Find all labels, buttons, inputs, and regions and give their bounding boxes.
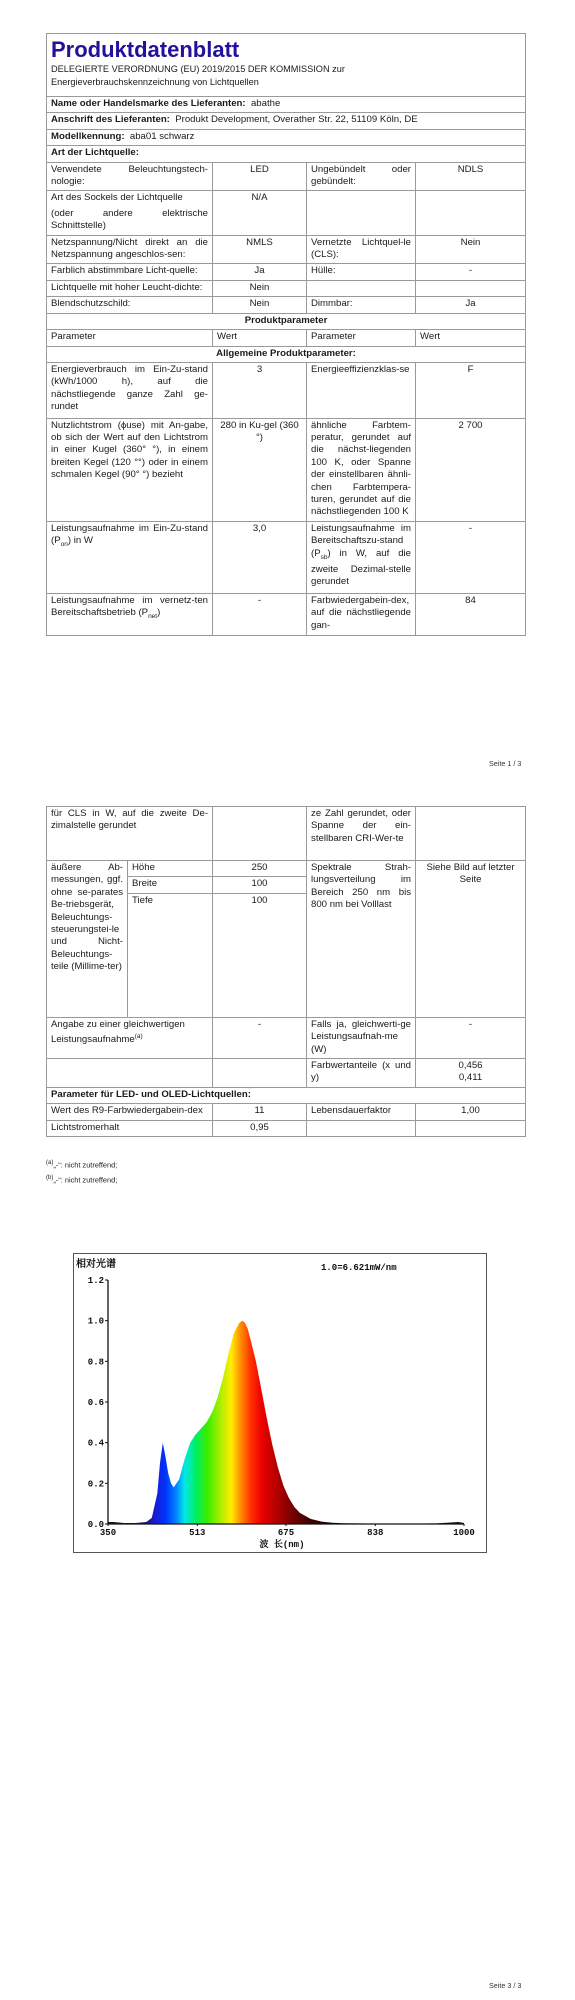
- chromaticity-label: Farbwertanteile (x und y): [307, 1059, 416, 1088]
- param-value: [213, 1059, 307, 1088]
- socket-label-line-2: (oder andere elektrische Schnittstelle): [51, 208, 208, 233]
- param-label: Netzspannung/Nicht direkt an die Netzspa…: [47, 235, 213, 264]
- table-row: Leistungsaufnahme im vernetz-ten Bereits…: [47, 593, 526, 635]
- param-label: Lebensdauerfaktor: [307, 1104, 416, 1120]
- dimension-name: Höhe: [128, 861, 213, 877]
- param-value: 3: [213, 362, 307, 418]
- param-value: NMLS: [213, 235, 307, 264]
- param-value: Ja: [213, 264, 307, 280]
- chart-title: 相对光谱: [76, 1257, 116, 1270]
- param-value-continued: [213, 807, 307, 861]
- param-value: 3,0: [213, 521, 307, 593]
- table-row-continued: für CLS in W, auf die zweite De-zimalste…: [47, 807, 526, 861]
- regulation-line-2: Energieverbrauchskennzeichnung von Licht…: [51, 77, 259, 87]
- dimension-value: 250: [213, 861, 307, 877]
- product-parameters-heading-row: Produktparameter: [47, 313, 526, 329]
- param-label: Energieverbrauch im Ein-Zu-stand (kWh/10…: [47, 362, 213, 418]
- spectral-distribution-label: Spektrale Strah-lungsverteilung im Berei…: [307, 861, 416, 1018]
- table-row: Farbwertanteile (x und y) 0,4560,411: [47, 1059, 526, 1088]
- dimension-value: 100: [213, 893, 307, 1017]
- param-label: Leistungsaufnahme im Ein-Zu-stand (Pon) …: [47, 521, 213, 593]
- param-label: Leistungsaufnahme im vernetz-ten Bereits…: [47, 593, 213, 635]
- param-label: Farblich abstimmbare Licht-quelle:: [47, 264, 213, 280]
- table-row: Verwendete Beleuchtungstech-nologie: LED…: [47, 162, 526, 191]
- param-value: -: [416, 1017, 526, 1058]
- page-number-3: Seite 3 / 3: [489, 1981, 521, 1990]
- param-value: Ja: [416, 297, 526, 313]
- table-row: Nutzlichtstrom (ϕuse) mit An-gabe, ob si…: [47, 418, 526, 521]
- page-title: Produktdatenblatt: [51, 35, 521, 63]
- param-label: [307, 191, 416, 235]
- param-value: LED: [213, 162, 307, 191]
- param-value: -: [416, 521, 526, 593]
- table-row: Angabe zu einer gleichwertigen Leistungs…: [47, 1017, 526, 1058]
- y-tick-label: 1.0: [88, 1317, 104, 1327]
- model-value: aba01 schwarz: [130, 131, 195, 142]
- supplier-address-value: Produkt Development, Overather Str. 22, …: [175, 114, 417, 125]
- y-tick-label: 0.6: [88, 1398, 104, 1408]
- footnote-b: (b)„-“: nicht zutreffend;: [46, 1175, 117, 1184]
- param-label: Ungebündelt oder gebündelt:: [307, 162, 416, 191]
- y-tick-label: 0.4: [88, 1439, 105, 1449]
- supplier-address-row: Anschrift des Lieferanten: Produkt Devel…: [47, 113, 526, 129]
- param-label-continued: ze Zahl gerundet, oder Spanne der ein-st…: [307, 807, 416, 861]
- table-row: Art des Sockels der Lichtquelle (oder an…: [47, 191, 526, 235]
- param-value-continued: [416, 807, 526, 861]
- product-datasheet-table-page-1: Produktdatenblatt DELEGIERTE VERORDNUNG …: [46, 33, 526, 636]
- spectrum-plot: 相对光谱 1.0=6.621mW/nm 波 长(nm) 0.00.20.40.6…: [74, 1254, 486, 1552]
- param-value: 1,00: [416, 1104, 526, 1120]
- general-parameters-heading-row: Allgemeine Produktparameter:: [47, 346, 526, 362]
- param-label: Wert des R9-Farbwiedergabein-dex: [47, 1104, 213, 1120]
- supplier-name-label: Name oder Handelsmarke des Lieferanten:: [51, 98, 246, 109]
- column-header: Wert: [416, 330, 526, 346]
- product-datasheet-table-page-2: für CLS in W, auf die zweite De-zimalste…: [46, 806, 526, 1137]
- param-label: [47, 1059, 213, 1088]
- led-heading-row: Parameter für LED- und OLED-Lichtquellen…: [47, 1087, 526, 1103]
- led-parameters-heading: Parameter für LED- und OLED-Lichtquellen…: [47, 1087, 526, 1103]
- param-label: [307, 1120, 416, 1136]
- table-row: Farblich abstimmbare Licht-quelle: Ja Hü…: [47, 264, 526, 280]
- param-value: 2 700: [416, 418, 526, 521]
- dimension-name: Tiefe: [128, 893, 213, 1017]
- param-value: 84: [416, 593, 526, 635]
- column-header: Parameter: [47, 330, 213, 346]
- header-cell: Produktdatenblatt DELEGIERTE VERORDNUNG …: [47, 34, 526, 97]
- page-number-1: Seite 1 / 3: [489, 759, 521, 768]
- param-value: N/A: [213, 191, 307, 235]
- param-label: Nutzlichtstrom (ϕuse) mit An-gabe, ob si…: [47, 418, 213, 521]
- param-value: -: [213, 593, 307, 635]
- param-value: 0,95: [213, 1120, 307, 1136]
- param-label: [307, 280, 416, 296]
- light-source-type-heading-row: Art der Lichtquelle:: [47, 146, 526, 162]
- page-2: für CLS in W, auf die zweite De-zimalste…: [46, 806, 525, 1137]
- param-value: -: [213, 1017, 307, 1058]
- dimensions-row: äußere Ab-messungen, ggf. ohne se-parate…: [47, 861, 526, 877]
- table-row: Energieverbrauch im Ein-Zu-stand (kWh/10…: [47, 362, 526, 418]
- page-1: Produktdatenblatt DELEGIERTE VERORDNUNG …: [46, 33, 525, 636]
- param-value: Nein: [416, 235, 526, 264]
- param-label: Art des Sockels der Lichtquelle (oder an…: [47, 191, 213, 235]
- table-row: Netzspannung/Nicht direkt an die Netzspa…: [47, 235, 526, 264]
- dimension-value: 100: [213, 877, 307, 893]
- param-value: [416, 280, 526, 296]
- param-label: Falls ja, gleichwerti-ge Leistungsaufnah…: [307, 1017, 416, 1058]
- x-tick-label: 350: [100, 1528, 116, 1538]
- param-label: ähnliche Farbtem-peratur, gerundet auf d…: [307, 418, 416, 521]
- param-value: 11: [213, 1104, 307, 1120]
- spectrum-area: [108, 1321, 464, 1524]
- column-header: Wert: [213, 330, 307, 346]
- y-tick-label: 1.2: [88, 1276, 104, 1286]
- chromaticity-x: 0,456: [459, 1060, 483, 1071]
- dimensions-label: äußere Ab-messungen, ggf. ohne se-parate…: [47, 861, 128, 1018]
- param-label: Lichtstromerhalt: [47, 1120, 213, 1136]
- x-tick-label: 513: [189, 1528, 205, 1538]
- x-tick-label: 1000: [453, 1528, 475, 1538]
- param-label: Blendschutzschild:: [47, 297, 213, 313]
- chromaticity-value: 0,4560,411: [416, 1059, 526, 1088]
- table-row: Wert des R9-Farbwiedergabein-dex 11 Lebe…: [47, 1104, 526, 1120]
- table-row: Lichtquelle mit hoher Leucht-dichte: Nei…: [47, 280, 526, 296]
- table-row: Leistungsaufnahme im Ein-Zu-stand (Pon) …: [47, 521, 526, 593]
- supplier-name-row: Name oder Handelsmarke des Lieferanten: …: [47, 97, 526, 113]
- param-label: Lichtquelle mit hoher Leucht-dichte:: [47, 280, 213, 296]
- x-tick-label: 675: [278, 1528, 294, 1538]
- param-value: Nein: [213, 297, 307, 313]
- y-tick-label: 0.2: [88, 1479, 104, 1489]
- chart-annotation: 1.0=6.621mW/nm: [321, 1263, 397, 1273]
- table-row: Lichtstromerhalt 0,95: [47, 1120, 526, 1136]
- product-parameters-heading: Produktparameter: [47, 313, 526, 329]
- spectral-distribution-value: Siehe Bild auf letzter Seite: [416, 861, 526, 1018]
- column-header: Parameter: [307, 330, 416, 346]
- param-value: F: [416, 362, 526, 418]
- general-parameters-heading: Allgemeine Produktparameter:: [47, 346, 526, 362]
- light-source-type-heading: Art der Lichtquelle:: [47, 146, 526, 162]
- param-value: NDLS: [416, 162, 526, 191]
- param-label: Hülle:: [307, 264, 416, 280]
- spectrum-chart: 相对光谱 1.0=6.621mW/nm 波 长(nm) 0.00.20.40.6…: [73, 1253, 487, 1553]
- param-label: Dimmbar:: [307, 297, 416, 313]
- param-label: Angabe zu einer gleichwertigen Leistungs…: [47, 1017, 213, 1058]
- footnote-a: (a)„-“: nicht zutreffend;: [46, 1160, 117, 1169]
- param-label: Farbwiedergabein-dex, auf die nächstlieg…: [307, 593, 416, 635]
- supplier-address-label: Anschrift des Lieferanten:: [51, 114, 170, 125]
- param-label: Leistungsaufnahme im Bereitschaftszu-sta…: [307, 521, 416, 593]
- model-label: Modellkennung:: [51, 131, 125, 142]
- param-value: -: [416, 264, 526, 280]
- param-label: Vernetzte Lichtquel-le (CLS):: [307, 235, 416, 264]
- x-tick-label: 838: [367, 1528, 383, 1538]
- dimension-name: Breite: [128, 877, 213, 893]
- model-row: Modellkennung: aba01 schwarz: [47, 129, 526, 145]
- param-label-continued: für CLS in W, auf die zweite De-zimalste…: [47, 807, 213, 861]
- chromaticity-y: 0,411: [459, 1072, 482, 1083]
- table-row: Blendschutzschild: Nein Dimmbar: Ja: [47, 297, 526, 313]
- param-label: Verwendete Beleuchtungstech-nologie:: [47, 162, 213, 191]
- column-header-row: Parameter Wert Parameter Wert: [47, 330, 526, 346]
- param-label: Energieeffizienzklas-se: [307, 362, 416, 418]
- param-value: Nein: [213, 280, 307, 296]
- regulation-subtitle: DELEGIERTE VERORDNUNG (EU) 2019/2015 DER…: [51, 63, 521, 94]
- supplier-name-value: abathe: [251, 98, 280, 109]
- socket-label-line-1: Art des Sockels der Lichtquelle: [51, 192, 208, 204]
- param-value: [416, 1120, 526, 1136]
- param-value: [416, 191, 526, 235]
- x-axis-label: 波 长(nm): [259, 1538, 304, 1550]
- regulation-line-1: DELEGIERTE VERORDNUNG (EU) 2019/2015 DER…: [51, 64, 345, 74]
- param-value: 280 in Ku-gel (360 °): [213, 418, 307, 521]
- y-tick-label: 0.8: [88, 1357, 104, 1367]
